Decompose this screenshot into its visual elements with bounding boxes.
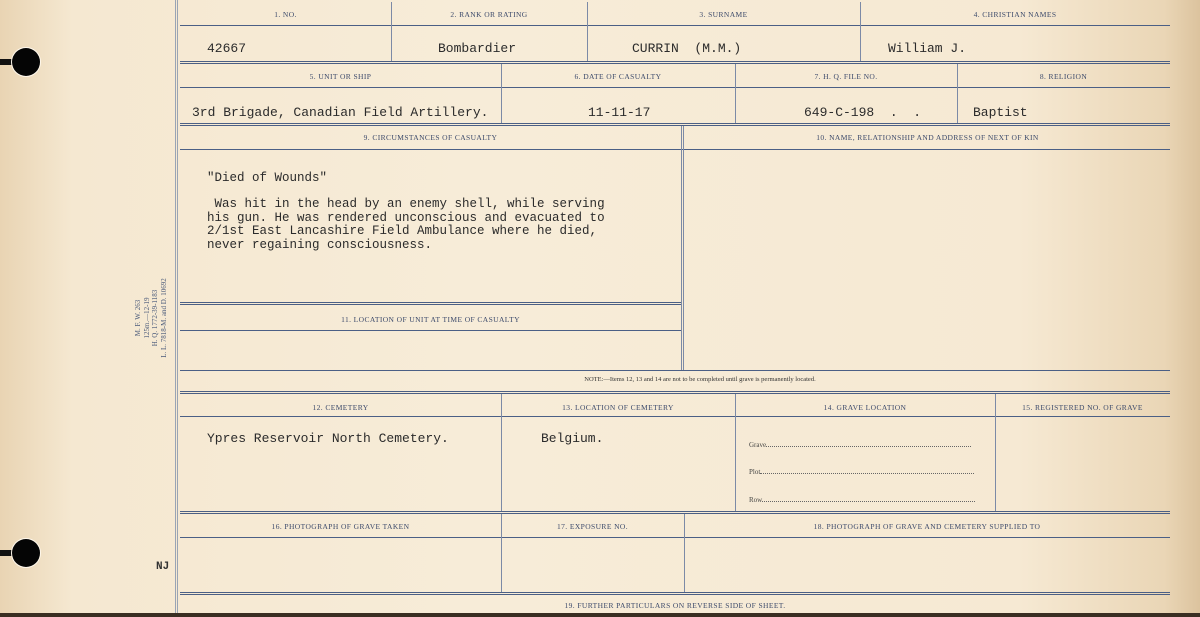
label-hq-file-no: 7. H. Q. File No. <box>735 72 957 81</box>
punch-hole-top <box>12 48 40 76</box>
plot-line: Plot <box>749 466 974 476</box>
label-further-particulars: 19. Further Particulars on Reverse Side … <box>180 601 1170 610</box>
circumstances-text: Was hit in the head by an enemy shell, w… <box>207 198 605 252</box>
value-no: 42667 <box>207 41 246 56</box>
note-items-12-14: NOTE:—Items 12, 13 and 14 are not to be … <box>500 376 900 383</box>
form-number-stamp: M. F. W. 263 125m.—12-19 H. Q. 1772-39-1… <box>126 258 176 378</box>
grave-line: Grave <box>749 439 971 449</box>
label-rank: 2. Rank or Rating <box>391 10 587 19</box>
label-date-of-casualty: 6. Date of Casualty <box>501 72 735 81</box>
label-next-of-kin: 10. Name, Relationship and Address of Ne… <box>685 133 1170 142</box>
label-circumstances: 9. Circumstances of Casualty <box>180 133 681 142</box>
circumstances-heading: "Died of Wounds" <box>207 172 327 186</box>
row-label: Row <box>749 496 762 504</box>
label-no: 1. No. <box>180 10 391 19</box>
label-cemetery: 12. Cemetery <box>180 403 501 412</box>
value-hq-file-no: 649-C-198 . . <box>804 105 921 120</box>
record-card: M. F. W. 263 125m.—12-19 H. Q. 1772-39-1… <box>0 0 1200 617</box>
value-cemetery: Ypres Reservoir North Cemetery. <box>207 431 449 446</box>
stamp-line: H. Q. 1772-39-1183 <box>151 258 160 378</box>
margin-initials: NJ <box>156 561 169 573</box>
label-grave-location: 14. Grave Location <box>735 403 995 412</box>
punch-hole-bottom <box>12 539 40 567</box>
label-location-of-cemetery: 13. Location of Cemetery <box>501 403 735 412</box>
value-location-of-cemetery: Belgium. <box>541 431 603 446</box>
stamp-line: M. F. W. 263 <box>134 258 143 378</box>
row-line: Row <box>749 494 975 504</box>
label-religion: 8. Religion <box>957 72 1170 81</box>
value-surname: CURRIN (M.M.) <box>632 41 741 56</box>
value-christian-names: William J. <box>888 41 966 56</box>
label-registered-no: 15. Registered No. of Grave <box>995 403 1170 412</box>
label-location-of-unit: 11. Location of Unit at Time of Casualty <box>180 315 681 324</box>
value-date-of-casualty: 11-11-17 <box>588 105 650 120</box>
label-photo-supplied-to: 18. Photograph of Grave and Cemetery Sup… <box>684 522 1170 531</box>
stamp-line: 125m.—12-19 <box>143 258 152 378</box>
grave-label: Grave <box>749 441 766 449</box>
label-unit: 5. Unit or Ship <box>180 72 501 81</box>
card-bottom-edge <box>0 613 1200 617</box>
label-photo-taken: 16. Photograph of Grave Taken <box>180 522 501 531</box>
plot-label: Plot <box>749 468 760 476</box>
label-surname: 3. Surname <box>587 10 860 19</box>
value-religion: Baptist <box>973 105 1028 120</box>
value-unit: 3rd Brigade, Canadian Field Artillery. <box>192 105 488 120</box>
value-rank: Bombardier <box>438 41 516 56</box>
stamp-line: L. L. 7818-M. and D. 10692 <box>160 258 169 378</box>
label-exposure-no: 17. Exposure No. <box>501 522 684 531</box>
label-christian-names: 4. Christian Names <box>860 10 1170 19</box>
